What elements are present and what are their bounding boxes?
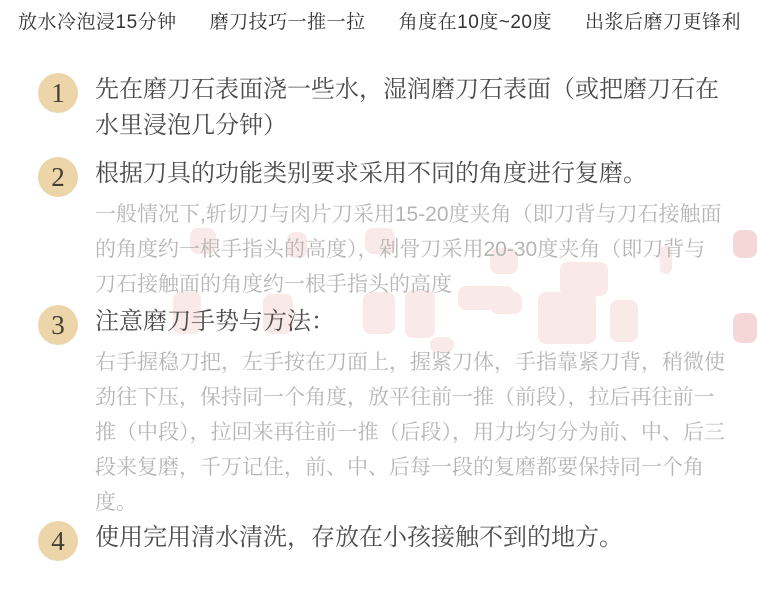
step-number-badge: 3 — [38, 305, 78, 345]
step-title: 先在磨刀石表面浇一些水，湿润磨刀石表面（或把磨刀石在水里浸泡几分钟） — [95, 72, 725, 144]
tip-item: 出浆后磨刀更锋利 — [585, 10, 741, 36]
step-texts: 先在磨刀石表面浇一些水，湿润磨刀石表面（或把磨刀石在水里浸泡几分钟） — [95, 72, 725, 144]
tips-bar: 放水冷泡浸15分钟 磨刀技巧一推一拉 角度在10度~20度 出浆后磨刀更锋利 — [0, 0, 757, 36]
steps-list: 1 先在磨刀石表面浇一些水，湿润磨刀石表面（或把磨刀石在水里浸泡几分钟） 2 根… — [0, 72, 757, 561]
tip-item: 放水冷泡浸15分钟 — [18, 10, 177, 36]
step-title: 注意磨刀手势与方法： — [95, 304, 725, 340]
step-title: 根据刀具的功能类别要求采用不同的角度进行复磨。 — [95, 156, 725, 192]
tip-item: 角度在10度~20度 — [399, 10, 552, 36]
instruction-page: 放水冷泡浸15分钟 磨刀技巧一推一拉 角度在10度~20度 出浆后磨刀更锋利 1… — [0, 0, 757, 591]
step-row-2: 2 根据刀具的功能类别要求采用不同的角度进行复磨。 一般情况下,斩切刀与肉片刀采… — [0, 156, 757, 302]
step-row-4: 4 使用完用清水清洗，存放在小孩接触不到的地方。 — [0, 520, 757, 561]
step-row-1: 1 先在磨刀石表面浇一些水，湿润磨刀石表面（或把磨刀石在水里浸泡几分钟） — [0, 72, 757, 144]
step-texts: 注意磨刀手势与方法： 右手握稳刀把，左手按在刀面上，握紧刀体，手指靠紧刀背，稍微… — [95, 304, 725, 520]
tip-item: 磨刀技巧一推一拉 — [210, 10, 366, 36]
step-title: 使用完用清水清洗，存放在小孩接触不到的地方。 — [95, 520, 725, 556]
step-detail: 右手握稳刀把，左手按在刀面上，握紧刀体，手指靠紧刀背，稍微使劲往下压，保持同一个… — [95, 345, 725, 520]
step-number-badge: 4 — [38, 521, 78, 561]
step-number-badge: 1 — [38, 73, 78, 113]
step-texts: 根据刀具的功能类别要求采用不同的角度进行复磨。 一般情况下,斩切刀与肉片刀采用1… — [95, 156, 725, 302]
step-detail: 一般情况下,斩切刀与肉片刀采用15-20度夹角（即刀背与刀石接触面的角度约一根手… — [95, 197, 725, 302]
step-row-3: 3 注意磨刀手势与方法： 右手握稳刀把，左手按在刀面上，握紧刀体，手指靠紧刀背，… — [0, 304, 757, 520]
step-number-badge: 2 — [38, 157, 78, 197]
step-texts: 使用完用清水清洗，存放在小孩接触不到的地方。 — [95, 520, 725, 556]
